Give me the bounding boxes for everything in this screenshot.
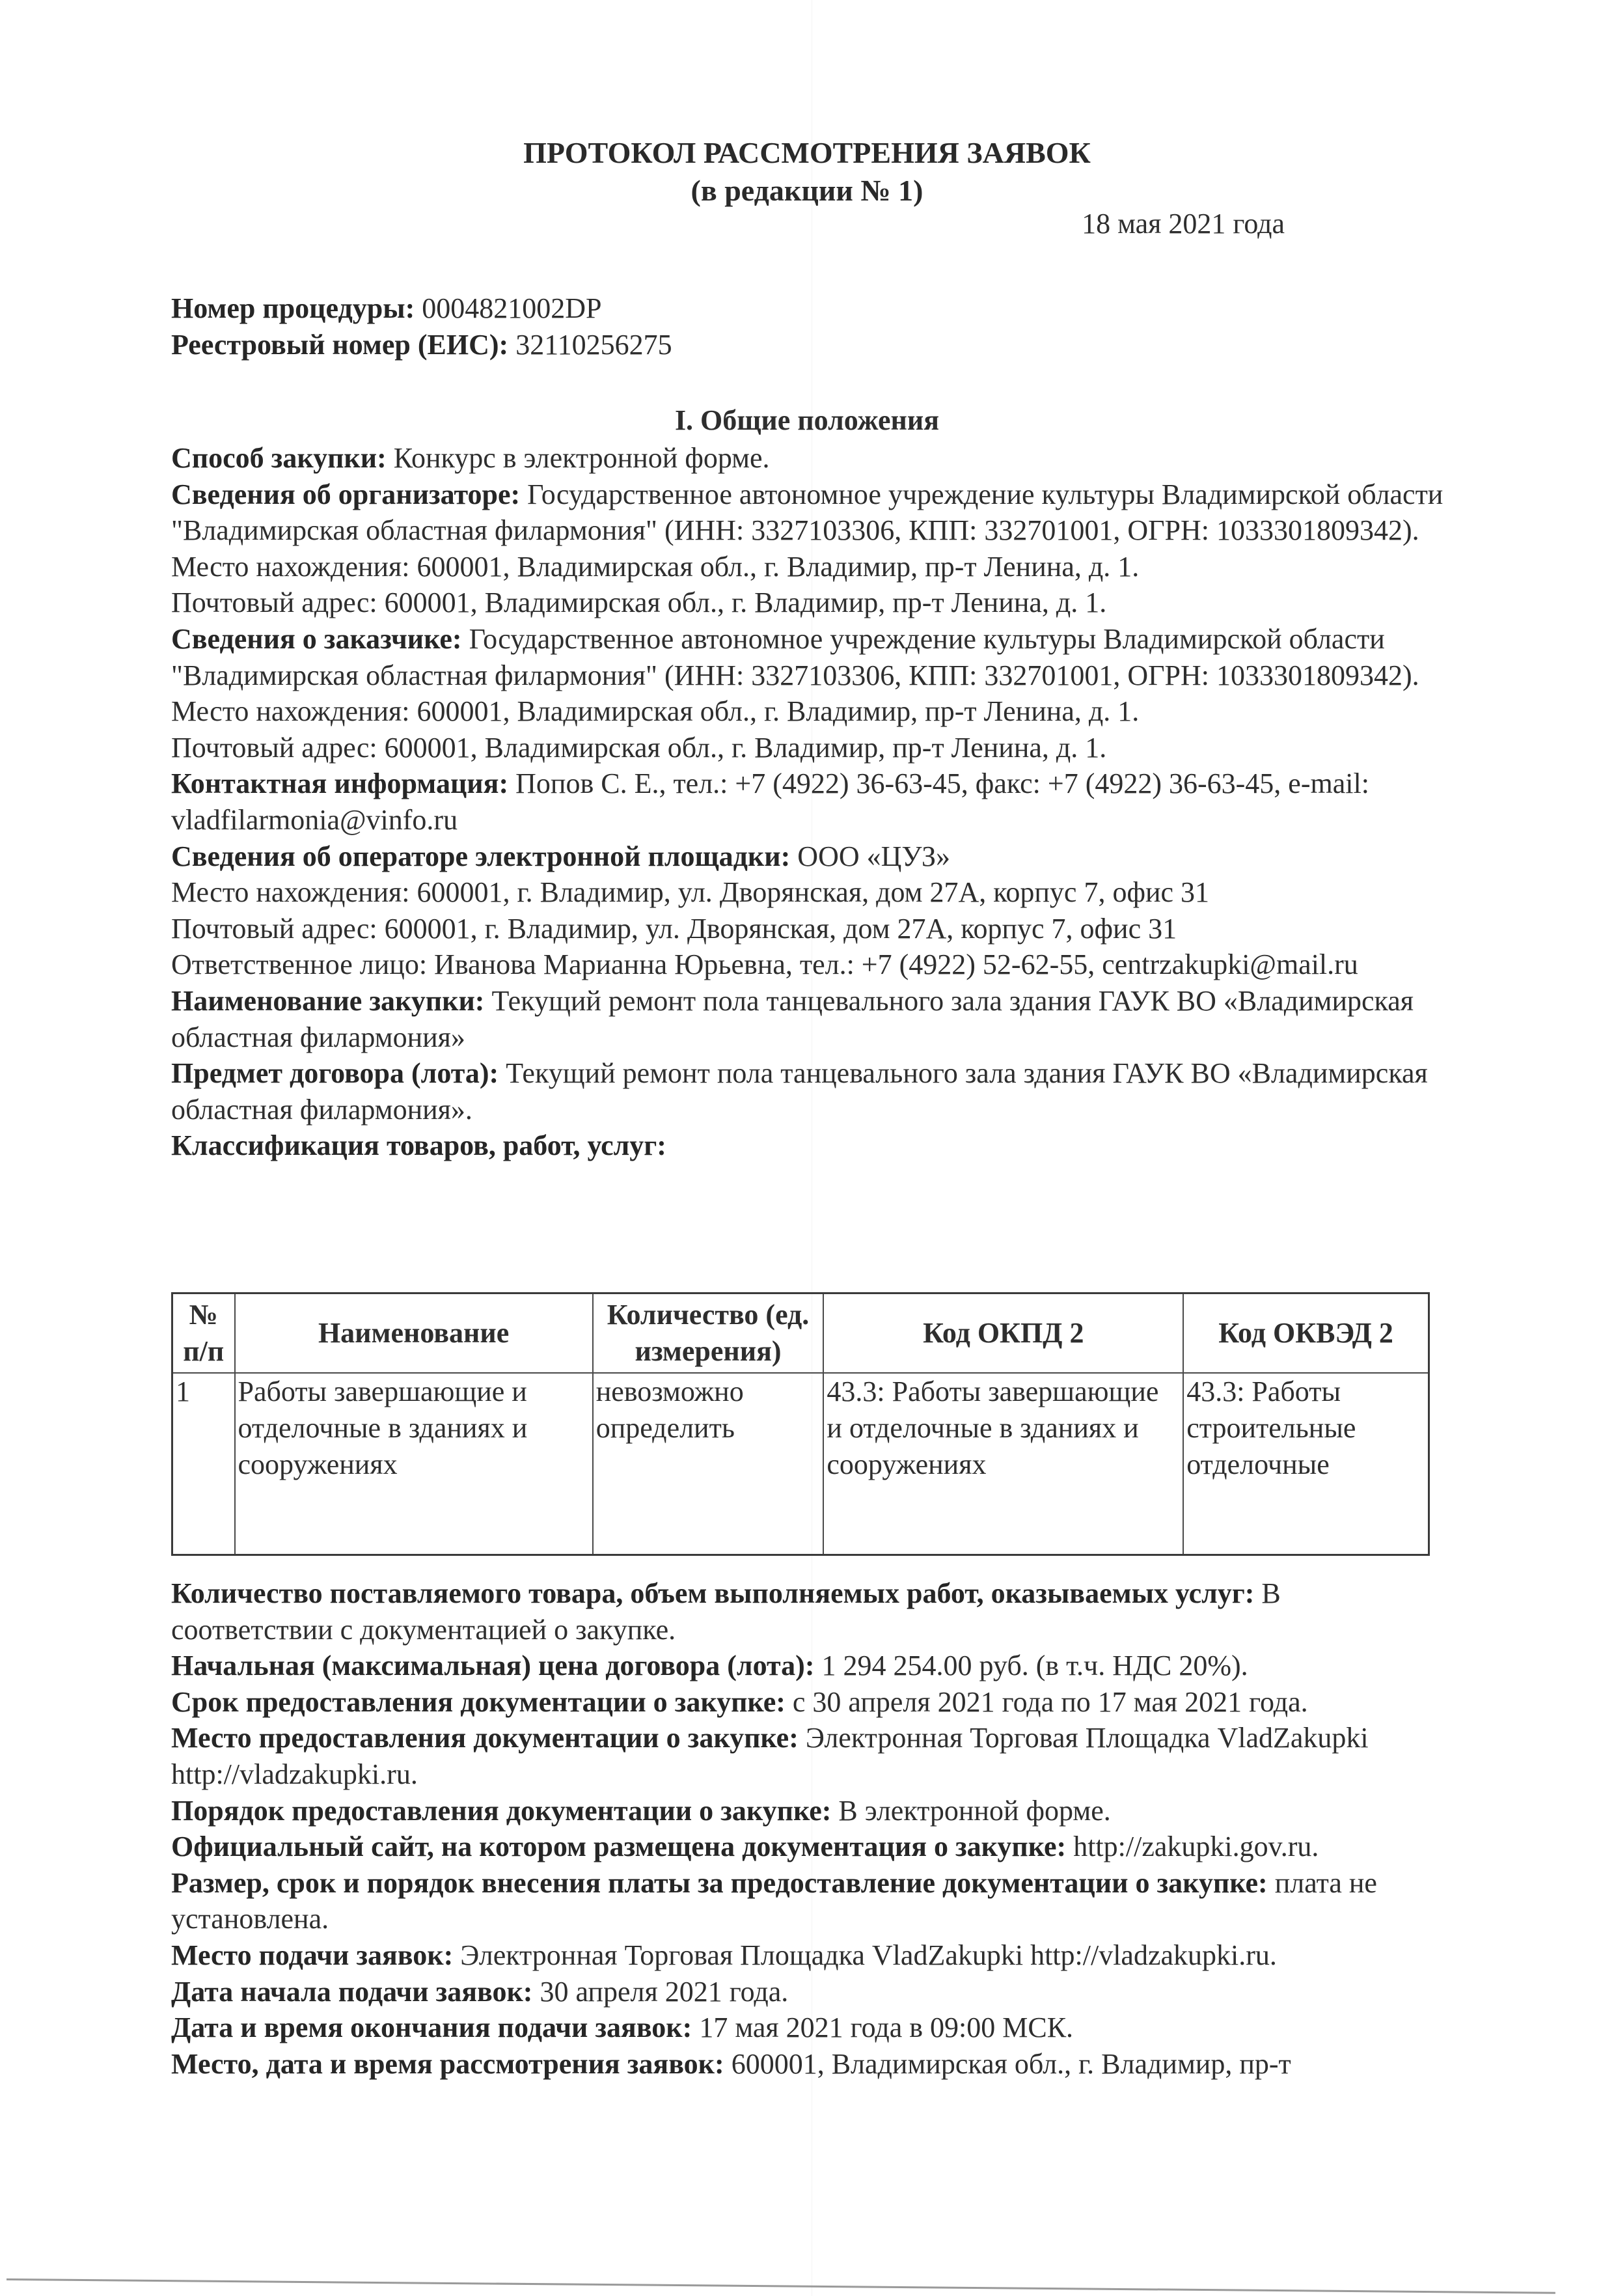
procedure-number-label: Номер процедуры: <box>171 292 415 324</box>
field-value: с 30 апреля 2021 года по 17 мая 2021 год… <box>786 1686 1308 1718</box>
field-label: Сведения об операторе электронной площад… <box>171 840 790 872</box>
field-row: Контактная информация: Попов С. Е., тел.… <box>171 766 1447 838</box>
classification-table: № п/пНаименованиеКоличество (ед. измерен… <box>171 1292 1430 1556</box>
field-row: Место, дата и время рассмотрения заявок:… <box>171 2046 1447 2082</box>
field-row: Место нахождения: 600001, г. Владимир, у… <box>171 874 1447 911</box>
field-row: Начальная (максимальная) цена договора (… <box>171 1648 1447 1684</box>
field-value: 1 294 254.00 руб. (в т.ч. НДС 20%). <box>814 1650 1248 1681</box>
field-row: Почтовый адрес: 600001, Владимирская обл… <box>171 730 1447 766</box>
field-value: http://zakupki.gov.ru. <box>1066 1831 1319 1862</box>
table-header-row: № п/пНаименованиеКоличество (ед. измерен… <box>172 1293 1429 1374</box>
document-revision: (в редакции № 1) <box>0 173 1614 208</box>
field-value: 17 мая 2021 года в 09:00 МСК. <box>692 2012 1073 2043</box>
field-label: Сведения о заказчике: <box>171 623 462 655</box>
table-cell: 1 <box>172 1373 235 1555</box>
column-header: Количество (ед. измерения) <box>593 1293 824 1374</box>
field-row: Порядок предоставления документации о за… <box>171 1793 1447 1829</box>
field-row: Место нахождения: 600001, Владимирская о… <box>171 549 1447 585</box>
field-label: Срок предоставления документации о закуп… <box>171 1686 786 1718</box>
field-row: Количество поставляемого товара, объем в… <box>171 1575 1447 1648</box>
field-label: Сведения об организаторе: <box>171 478 520 510</box>
field-row: Ответственное лицо: Иванова Марианна Юрь… <box>171 947 1447 983</box>
field-value: Почтовый адрес: 600001, Владимирская обл… <box>171 732 1106 764</box>
field-row: Место нахождения: 600001, Владимирская о… <box>171 693 1447 730</box>
column-header: Код ОКВЭД 2 <box>1183 1293 1429 1374</box>
field-value: Почтовый адрес: 600001, Владимирская обл… <box>171 587 1106 618</box>
field-label: Место подачи заявок: <box>171 1939 453 1971</box>
field-label: Официальный сайт, на котором размещена д… <box>171 1831 1066 1862</box>
table-row: 1Работы завершающие и отделочные в здани… <box>172 1373 1429 1555</box>
field-label: Начальная (максимальная) цена договора (… <box>171 1650 814 1681</box>
field-row: Размер, срок и порядок внесения платы за… <box>171 1865 1447 1937</box>
field-value: 30 апреля 2021 года. <box>532 1976 788 2008</box>
field-row: Способ закупки: Конкурс в электронной фо… <box>171 440 1447 477</box>
scan-edge-line <box>7 2278 1555 2294</box>
field-label: Место предоставления документации о заку… <box>171 1722 799 1754</box>
procedure-number-value: 0004821002DP <box>415 292 601 324</box>
field-row: Дата и время окончания подачи заявок: 17… <box>171 2010 1447 2046</box>
table-cell: Работы завершающие и отделочные в здания… <box>235 1373 593 1555</box>
field-row: Место предоставления документации о заку… <box>171 1720 1447 1792</box>
field-row: Сведения об операторе электронной площад… <box>171 838 1447 875</box>
procurement-fields: Количество поставляемого товара, объем в… <box>171 1575 1447 2082</box>
field-row: Почтовый адрес: 600001, Владимирская обл… <box>171 585 1447 621</box>
field-label: Дата начала подачи заявок: <box>171 1976 532 2008</box>
field-label: Размер, срок и порядок внесения платы за… <box>171 1867 1268 1899</box>
table-cell: 43.3: Работы завершающие и отделочные в … <box>823 1373 1183 1555</box>
field-row: Предмет договора (лота): Текущий ремонт … <box>171 1055 1447 1127</box>
registry-number-value: 32110256275 <box>508 329 672 361</box>
field-value: Конкурс в электронной форме. <box>387 442 770 474</box>
section-title: I. Общие положения <box>0 404 1614 437</box>
field-value: ООО «ЦУЗ» <box>790 840 950 872</box>
field-value: Электронная Торговая Площадка VladZakupk… <box>453 1939 1277 1971</box>
procedure-number: Номер процедуры: 0004821002DP <box>171 292 601 325</box>
field-value: Почтовый адрес: 600001, г. Владимир, ул.… <box>171 913 1177 945</box>
field-value: В электронной форме. <box>831 1795 1110 1827</box>
registry-number: Реестровый номер (ЕИС): 32110256275 <box>171 328 672 361</box>
field-label: Порядок предоставления документации о за… <box>171 1795 831 1827</box>
field-label: Место, дата и время рассмотрения заявок: <box>171 2048 724 2080</box>
field-label: Контактная информация: <box>171 768 508 799</box>
field-label: Предмет договора (лота): <box>171 1057 499 1089</box>
column-header: Наименование <box>235 1293 593 1374</box>
document-date: 18 мая 2021 года <box>1082 207 1285 240</box>
field-value: Ответственное лицо: Иванова Марианна Юрь… <box>171 948 1358 980</box>
field-label: Дата и время окончания подачи заявок: <box>171 2012 692 2043</box>
field-row: Сведения об организаторе: Государственно… <box>171 477 1447 549</box>
field-value: Место нахождения: 600001, Владимирская о… <box>171 551 1139 583</box>
table-cell: 43.3: Работы строительные отделочные <box>1183 1373 1429 1555</box>
table-cell: невозможно определить <box>593 1373 824 1555</box>
field-row: Сведения о заказчике: Государственное ав… <box>171 621 1447 693</box>
registry-number-label: Реестровый номер (ЕИС): <box>171 329 508 361</box>
column-header: № п/п <box>172 1293 235 1374</box>
field-value: Место нахождения: 600001, Владимирская о… <box>171 695 1139 727</box>
document-title: ПРОТОКОЛ РАССМОТРЕНИЯ ЗАЯВОК <box>0 135 1614 170</box>
field-row: Официальный сайт, на котором размещена д… <box>171 1829 1447 1865</box>
field-value: Место нахождения: 600001, г. Владимир, у… <box>171 876 1209 908</box>
field-row: Почтовый адрес: 600001, г. Владимир, ул.… <box>171 911 1447 947</box>
field-label: Классификация товаров, работ, услуг: <box>171 1129 666 1161</box>
field-label: Наименование закупки: <box>171 985 484 1017</box>
field-row: Дата начала подачи заявок: 30 апреля 202… <box>171 1974 1447 2010</box>
field-row: Классификация товаров, работ, услуг: <box>171 1127 1447 1164</box>
field-row: Наименование закупки: Текущий ремонт пол… <box>171 983 1447 1055</box>
document-page: ПРОТОКОЛ РАССМОТРЕНИЯ ЗАЯВОК (в редакции… <box>0 0 1614 2296</box>
field-row: Срок предоставления документации о закуп… <box>171 1684 1447 1721</box>
general-fields: Способ закупки: Конкурс в электронной фо… <box>171 440 1447 1164</box>
field-value: 600001, Владимирская обл., г. Владимир, … <box>724 2048 1291 2080</box>
column-header: Код ОКПД 2 <box>823 1293 1183 1374</box>
field-label: Количество поставляемого товара, объем в… <box>171 1577 1254 1609</box>
field-row: Место подачи заявок: Электронная Торгова… <box>171 1937 1447 1974</box>
field-label: Способ закупки: <box>171 442 387 474</box>
